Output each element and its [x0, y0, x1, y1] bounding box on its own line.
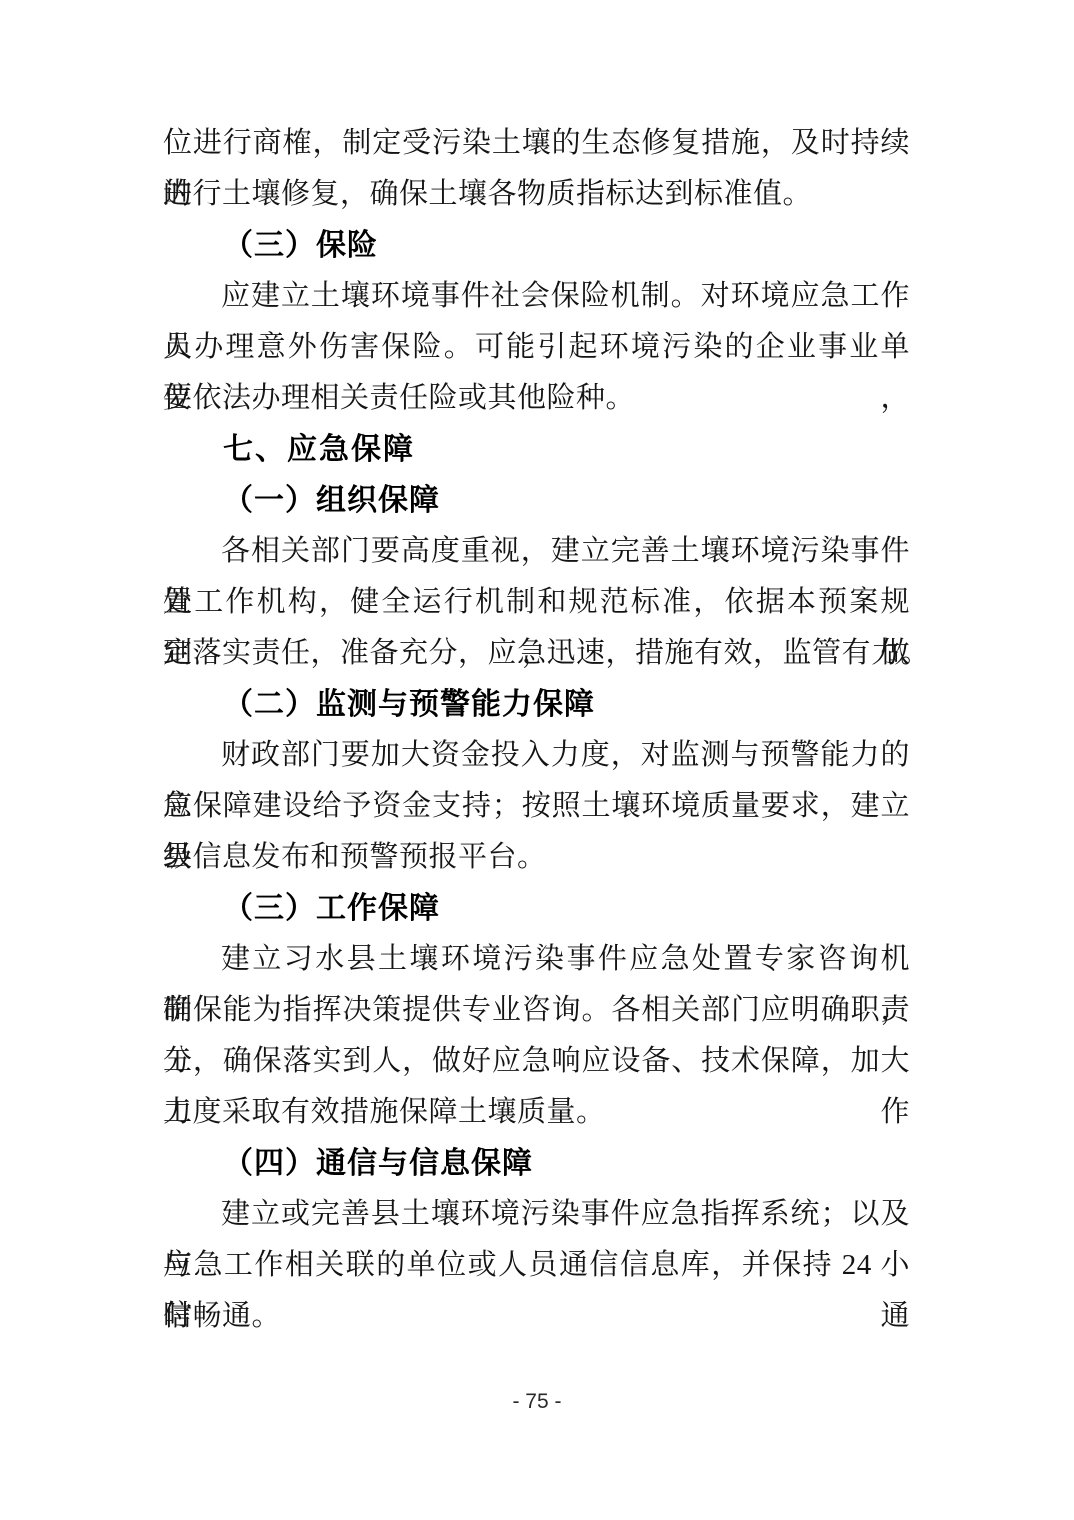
- text-line: 员办理意外伤害保险。可能引起环境污染的企业事业单位，: [163, 322, 910, 373]
- paragraph: 各相关部门要高度重视，建立完善土壤环境污染事件处 置工作机构，健全运行机制和规范…: [163, 526, 910, 679]
- paragraph: 建立或完善县土壤环境污染事件应急指挥系统；以及与 应急工作相关联的单位或人员通信…: [163, 1189, 910, 1342]
- paragraph: 位进行商榷，制定受污染土壤的生态修复措施，及时持续的 进行土壤修复，确保土壤各物…: [163, 118, 910, 220]
- paragraph: 应建立土壤环境事件社会保险机制。对环境应急工作人 员办理意外伤害保险。可能引起环…: [163, 271, 910, 424]
- section-heading: （一）组织保障: [163, 475, 910, 526]
- section-heading: （二）监测与预警能力保障: [163, 679, 910, 730]
- text-line: 应急工作相关联的单位或人员通信信息库，并保持 24 小时通: [163, 1240, 910, 1291]
- text-line: 财政部门要加大资金投入力度，对监测与预警能力的应: [163, 730, 910, 781]
- text-line: 级信息发布和预警预报平台。: [163, 832, 910, 883]
- text-line: 工，确保落实到人，做好应急响应设备、技术保障，加大工作: [163, 1036, 910, 1087]
- chapter-heading: 七、应急保障: [163, 424, 910, 475]
- text-line: 到落实责任，准备充分，应急迅速，措施有效，监管有力。: [163, 628, 910, 679]
- text-line: 各相关部门要高度重视，建立完善土壤环境污染事件处: [163, 526, 910, 577]
- text-line: 建立或完善县土壤环境污染事件应急指挥系统；以及与: [163, 1189, 910, 1240]
- text-line: 建立习水县土壤环境污染事件应急处置专家咨询机制，: [163, 934, 910, 985]
- text-line: 应建立土壤环境事件社会保险机制。对环境应急工作人: [163, 271, 910, 322]
- text-line: 确保能为指挥决策提供专业咨询。各相关部门应明确职责分: [163, 985, 910, 1036]
- section-heading: （三）保险: [163, 220, 910, 271]
- text-line: 置工作机构，健全运行机制和规范标准，依据本预案规定，做: [163, 577, 910, 628]
- page-number: - 75 -: [0, 1390, 1074, 1414]
- section-heading: （四）通信与信息保障: [163, 1138, 910, 1189]
- text-line: 进行土壤修复，确保土壤各物质指标达到标准值。: [163, 169, 910, 220]
- section-heading: （三）工作保障: [163, 883, 910, 934]
- document-page: 位进行商榷，制定受污染土壤的生态修复措施，及时持续的 进行土壤修复，确保土壤各物…: [0, 0, 1074, 1520]
- paragraph: 财政部门要加大资金投入力度，对监测与预警能力的应 急保障建设给予资金支持；按照土…: [163, 730, 910, 883]
- document-body: 位进行商榷，制定受污染土壤的生态修复措施，及时持续的 进行土壤修复，确保土壤各物…: [163, 118, 910, 1342]
- text-line: 位进行商榷，制定受污染土壤的生态修复措施，及时持续的: [163, 118, 910, 169]
- text-line: 急保障建设给予资金支持；按照土壤环境质量要求，建立县: [163, 781, 910, 832]
- paragraph: 建立习水县土壤环境污染事件应急处置专家咨询机制， 确保能为指挥决策提供专业咨询。…: [163, 934, 910, 1138]
